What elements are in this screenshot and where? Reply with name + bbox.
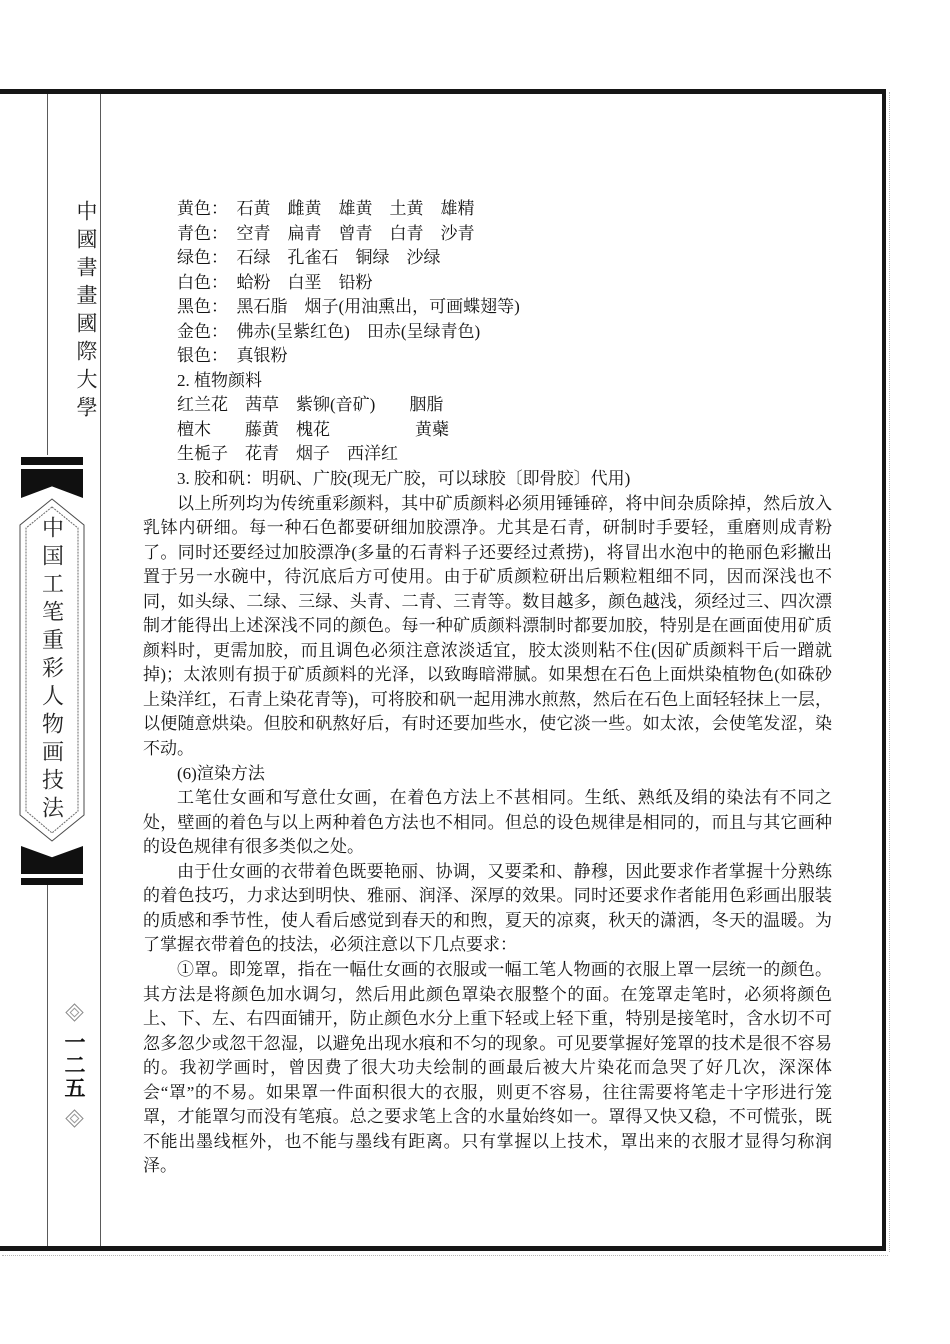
diamond-ornament-icon — [65, 1003, 83, 1021]
pigment-list-line: 黑色： 黑石脂 烟子(用油熏出，可画蝶翅等) — [143, 295, 832, 320]
body-paragraph: 以上所列均为传统重彩颜料，其中矿质颜料必须用锤锤碎，将中间杂质除掉，然后放入乳钵… — [143, 492, 832, 762]
top-border-line — [0, 89, 886, 94]
scanned-book-page: { "spine": { "org_title": "中國書畫國際大學", "b… — [0, 0, 950, 1344]
body-paragraph: 由于仕女画的衣带着色既要艳丽、协调，又要柔和、静穆，因此要求作者掌握十分熟练的着… — [143, 860, 832, 958]
section-heading-glue-alum: 3. 胶和矾：明矾、广胶(现无广胶，可以球胶〔即骨胶〕代用) — [143, 467, 832, 492]
pigment-list-line: 青色： 空青 扁青 曾青 白青 沙青 — [143, 222, 832, 247]
pigment-list-line: 生栀子 花青 烟子 西洋红 — [143, 442, 832, 467]
pigment-list-line: 绿色： 石绿 孔雀石 铜绿 沙绿 — [143, 246, 832, 271]
bottom-border-line — [0, 1246, 886, 1251]
pigment-list-line: 金色： 佛赤(呈紫红色) 田赤(呈绿青色) — [143, 320, 832, 345]
pigment-list-line: 红兰花 茜草 紫铆(音矿) 胭脂 — [143, 393, 832, 418]
diamond-ornament-icon — [65, 1109, 83, 1127]
page-number: 一二五 — [59, 1031, 89, 1100]
pigment-list-line: 檀木 藤黄 槐花 黄蘗 — [143, 418, 832, 443]
ribbon-top-icon — [21, 469, 83, 498]
spine-book-title: 中国工笔重彩人物画技法 — [19, 516, 85, 824]
spine-university-title: 中國書畫國際大學 — [47, 142, 101, 482]
ribbon-top-bar-icon — [21, 457, 83, 465]
body-paragraph: 工笔仕女画和写意仕女画，在着色方法上不甚相同。生纸、熟纸及绢的染法有不同之处，壁… — [143, 786, 832, 860]
section-heading-rendering-methods: (6)渲染方法 — [143, 762, 832, 787]
scan-ghost-line-right — [889, 92, 890, 1252]
main-text-column: 黄色： 石黄 雌黄 雄黄 土黄 雄精 青色： 空青 扁青 曾青 白青 沙青 绿色… — [143, 197, 832, 1179]
body-paragraph: ①罩。即笼罩，指在一幅仕女画的衣服或一幅工笔人物画的衣服上罩一层统一的颜色。其方… — [143, 958, 832, 1179]
ribbon-bottom-bar-icon — [21, 878, 83, 885]
pigment-list-line: 银色： 真银粉 — [143, 344, 832, 369]
page-number-block: 一二五 — [47, 1002, 101, 1129]
pigment-list-line: 黄色： 石黄 雌黄 雄黄 土黄 雄精 — [143, 197, 832, 222]
right-border-line — [882, 89, 886, 1251]
scan-ghost-line-bottom — [2, 1255, 888, 1256]
ribbon-bottom-icon — [21, 846, 83, 874]
pigment-list-line: 白色： 蛤粉 白垩 铅粉 — [143, 271, 832, 296]
section-heading-plant-pigments: 2. 植物颜料 — [143, 369, 832, 394]
